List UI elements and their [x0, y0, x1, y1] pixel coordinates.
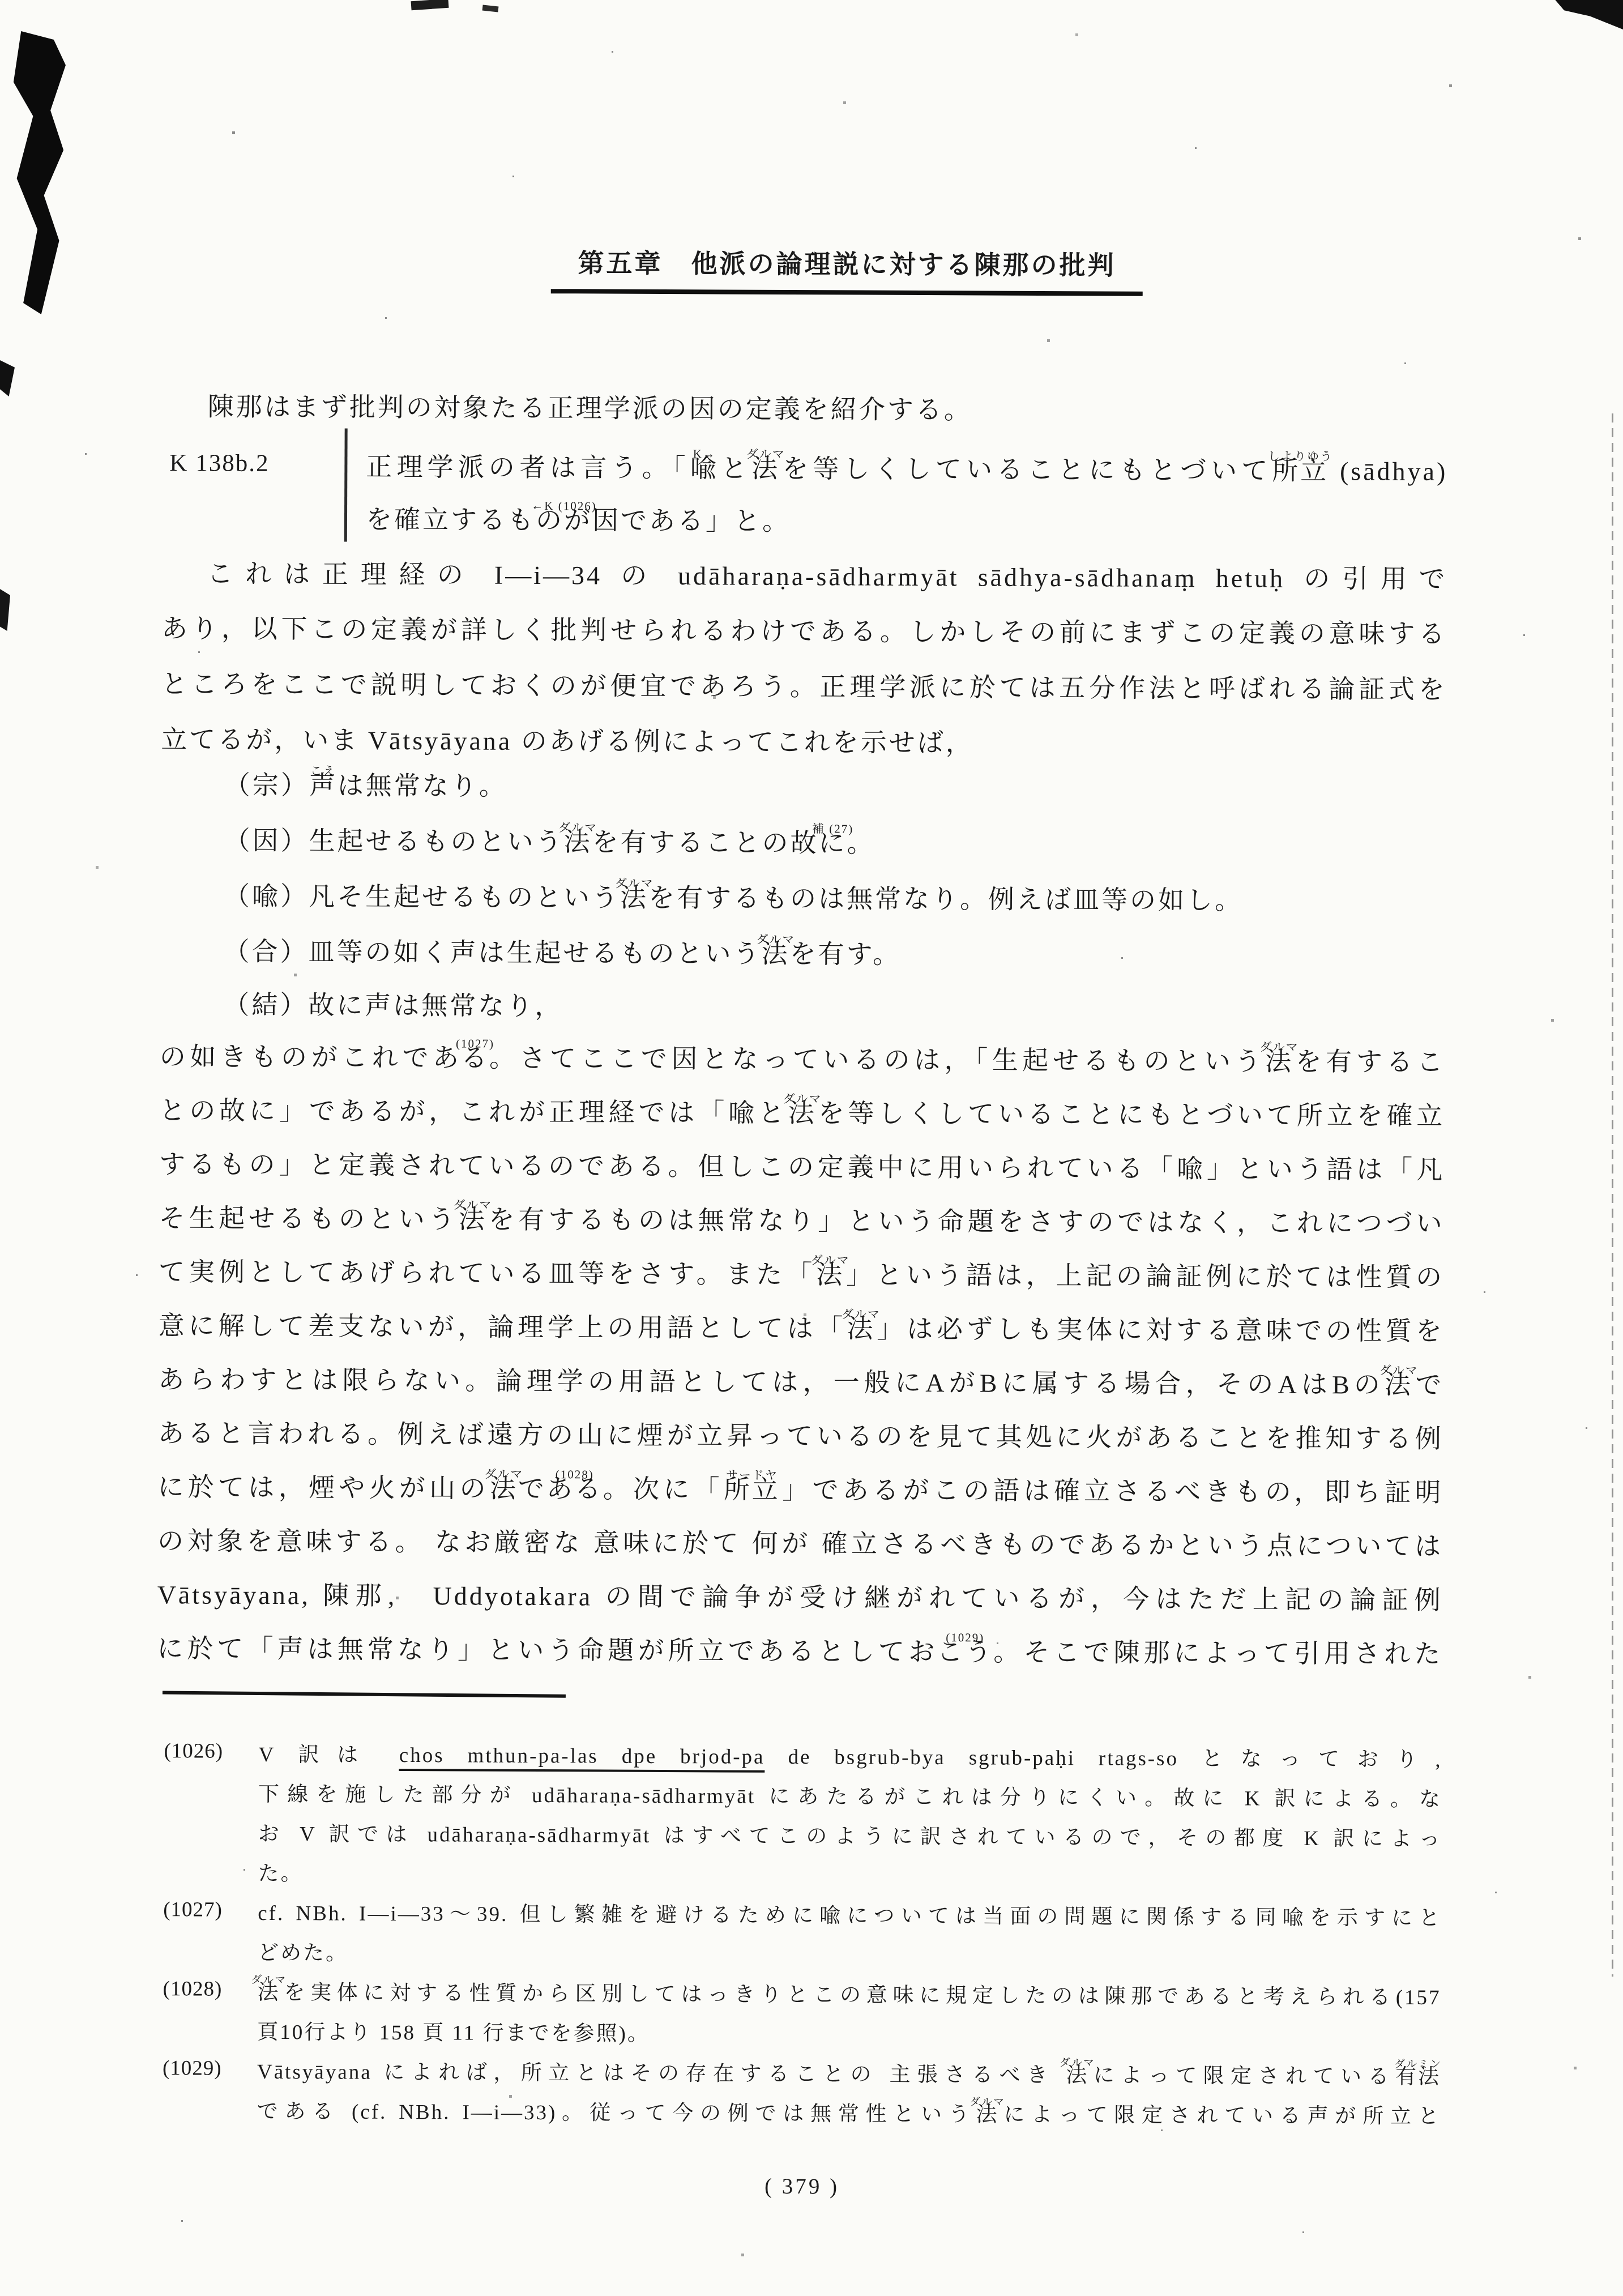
- footnote-line: cf. NBh. I—i—33～39. 但し繁雑を避けるために喩については当面の…: [258, 1898, 1441, 1935]
- text-line: て実例としてあげられている皿等をさす。また「ダルマ法」という語は，上記の論証例に…: [159, 1253, 1444, 1296]
- footnote-line: Vātsyāyana によれば，所立とはその存在することの 主張さるべき ダルマ…: [257, 2056, 1441, 2093]
- text-line: そ生起せるものというダルマ法を有するものは無常なり」という命題をさすのではなく，…: [159, 1200, 1444, 1243]
- page-number: ( 379 ): [0, 2170, 1613, 2203]
- text-line: 意に解して差支ないが，論理学上の用語としては「ダルマ法」は必ずしも実体に対する意…: [159, 1307, 1444, 1350]
- syllogism-line: （因）生起せるものというダルマ法を有することの補 (27)故に。: [224, 822, 1446, 865]
- footnote-line: である (cf. NBh. I—i—33)。従って今の例では無常性というダルマ法…: [257, 2096, 1441, 2133]
- text-line: あり，以下この定義が詳しく批判せられるわけである。しかしその前にまずこの定義の意…: [161, 610, 1447, 653]
- quotation-bar: [344, 429, 348, 542]
- text-line: に於ては，煙や火が山のダルマ法(1028)である。次に「サードヤ所立」であるがこ…: [157, 1469, 1443, 1512]
- footnote-label: (1026): [164, 1739, 223, 1763]
- footnote-separator: [163, 1691, 566, 1698]
- footnote-label: (1027): [163, 1897, 223, 1922]
- text-line: あると言われる。例えば遠方の山に煙が立昇っているのを見て其処に火があることを推知…: [158, 1415, 1443, 1458]
- text-line: 陳那はまず批判の対象たる正理学派の因の定義を紹介する。: [208, 388, 1448, 431]
- text-line: あらわすとは限らない。論理学の用語としては，一般にAがBに属する場合，そのAはB…: [158, 1361, 1443, 1404]
- text-line: の如きものがこれで(1027)ある。さてここで因となっているのは，「生起せるもの…: [160, 1038, 1445, 1081]
- footnote-line: お V 訳では udāharaṇa-sādharmyāt はすべてこのように訳さ…: [258, 1819, 1442, 1855]
- text-line: ところをここで説明しておくのが便宜であろう。正理学派に於ては五分作法と呼ばれる論…: [161, 665, 1447, 709]
- footnote-line: どめた。: [258, 1937, 1441, 1974]
- text-line: 正理学派の者は言う。「K→喩とダルマ法を等しくしていることにもとづいてしよりゆう…: [366, 449, 1447, 490]
- footnote-line: 下線を施した部分が udāharaṇa-sādharmyāt にあたるがこれは分…: [258, 1779, 1442, 1816]
- syllogism-line: （合）皿等の如く声は生起せるものというダルマ法を有す。: [224, 933, 1446, 976]
- text-line: これは正理経の I—i—34 の udāharaṇa-sādharmyāt sā…: [207, 555, 1447, 598]
- footnote-line: た。: [258, 1858, 1441, 1895]
- text-line: との故に」であるが，これが正理経では「喩とダルマ法を等しくしていることにもとづい…: [159, 1092, 1445, 1135]
- text-line: の対象を意味する。 なお厳密な 意味に於て 何が 確立さるべきものであるかという…: [157, 1522, 1443, 1565]
- text-line: Vātsyāyana, 陳那, Uddyotakara の間で論争が受け継がれて…: [157, 1576, 1443, 1619]
- footnote-line: 頁10行より 158 頁 11 行までを参照)。: [257, 2017, 1441, 2054]
- text-line: 立てるが，いま Vātsyāyana のあげる例によってこれを示せば，: [161, 721, 1446, 764]
- syllogism-line: （宗）こえ声は無常なり。: [224, 767, 1446, 809]
- syllogism-line: （喩）凡そ生起せるものというダルマ法を有するものは無常なり。例えば皿等の如し。: [224, 878, 1446, 920]
- footnote-line: ダルマ法を実体に対する性質から区別してはっきりとこの意味に規定したのは陳那である…: [258, 1977, 1441, 2014]
- text-line: に於て「声は無常なり」という命題が所立であるとして(1029)おこう。そこで陳那…: [157, 1630, 1442, 1673]
- footnote-label: (1029): [163, 2056, 222, 2080]
- text-line: を確立する←K (1026)ものが因である」と。: [366, 501, 1447, 543]
- scanned-page: 第五章 他派の論理説に対する陳那の批判 陳那はまず批判の対象たる正理学派の因の定…: [0, 0, 1623, 2296]
- page-content: 第五章 他派の論理説に対する陳那の批判 陳那はまず批判の対象たる正理学派の因の定…: [0, 0, 1623, 2296]
- chapter-heading: 第五章 他派の論理説に対する陳那の批判: [551, 242, 1143, 296]
- footnote-label: (1028): [163, 1977, 223, 2001]
- margin-reference-label: K 138b.2: [169, 449, 269, 477]
- footnote-line: V 訳は chos mthun-pa-las dpe brjod-pa de b…: [258, 1739, 1442, 1776]
- text-line: するもの」と定義されているのである。但しこの定義中に用いられている「喩」という語…: [159, 1146, 1445, 1189]
- syllogism-line: （結）故に声は無常なり，: [223, 987, 1445, 1029]
